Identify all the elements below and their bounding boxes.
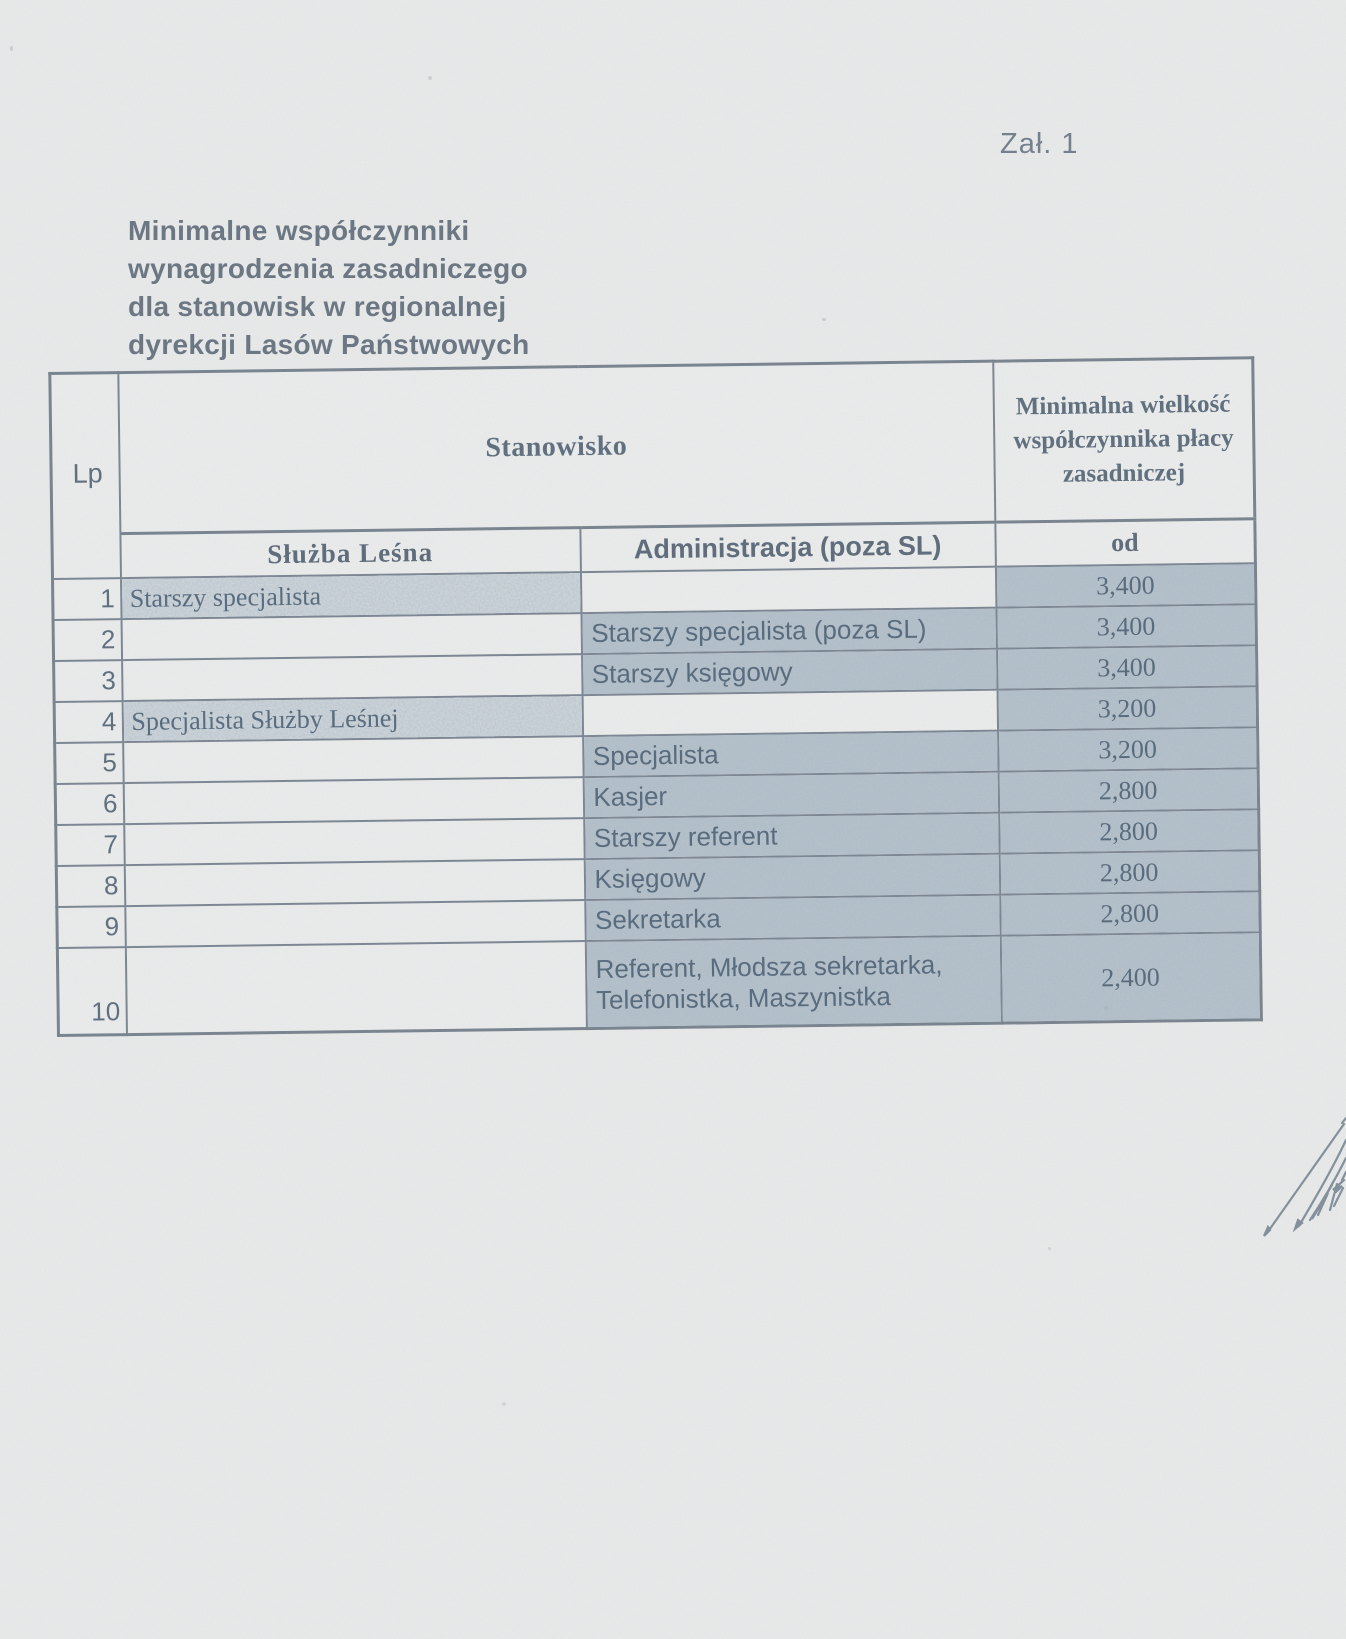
- cell-od: 3,200: [998, 727, 1259, 771]
- table-scan-tilt-wrapper: Lp Stanowisko Minimalna wielkość współcz…: [48, 356, 1263, 1037]
- cell-sluzba-lesna: [121, 613, 581, 660]
- title-line: wynagrodzenia zasadniczego: [128, 250, 530, 288]
- cell-od: 2,800: [999, 809, 1260, 853]
- cell-administracja: Specjalista: [583, 731, 999, 777]
- cell-lp: 1: [53, 578, 122, 620]
- cell-od: 3,400: [995, 563, 1256, 607]
- signature-scribble-icon: [1246, 1060, 1346, 1260]
- scan-speck: [502, 1402, 506, 1406]
- cell-od: 2,800: [1000, 891, 1261, 935]
- cell-sluzba-lesna: [124, 818, 584, 865]
- scan-speck: [1104, 1006, 1108, 1010]
- title-line: dla stanowisk w regionalnej: [128, 288, 530, 326]
- attachment-label: Zał. 1: [1000, 128, 1079, 161]
- scanned-page: { "page": { "attachment_label": "Zał. 1"…: [0, 0, 1346, 1639]
- cell-od: 3,400: [996, 645, 1257, 689]
- cell-administracja: Starszy księgowy: [582, 649, 998, 695]
- title-line: dyrekcji Lasów Państwowych: [128, 326, 530, 364]
- cell-sluzba-lesna: [123, 777, 583, 824]
- cell-lp: 7: [56, 824, 125, 866]
- cell-administracja: [580, 567, 996, 613]
- cell-sluzba-lesna: [125, 900, 585, 947]
- scan-speck: [10, 46, 13, 51]
- header-min-coefficient: Minimalna wielkość współczynnika płacy z…: [993, 358, 1255, 522]
- header-stanowisko: Stanowisko: [118, 361, 995, 533]
- cell-administracja: Starszy referent: [584, 813, 1000, 859]
- cell-od: 2,400: [1000, 932, 1261, 1023]
- cell-lp: 3: [54, 660, 123, 702]
- cell-lp: 9: [57, 906, 126, 948]
- cell-administracja: [582, 690, 998, 736]
- cell-administracja: Referent, Młodsza sekretarka, Telefonist…: [585, 936, 1001, 1029]
- cell-lp: 2: [53, 619, 122, 661]
- scan-speck: [1048, 1247, 1051, 1250]
- cell-od: 2,800: [999, 850, 1260, 894]
- scan-speck: [428, 76, 432, 80]
- cell-lp: 4: [54, 701, 123, 743]
- scan-speck: [822, 318, 826, 321]
- cell-lp: 8: [56, 865, 125, 907]
- cell-sluzba-lesna: [125, 941, 586, 1035]
- subheader-administracja: Administracja (poza SL): [580, 522, 996, 572]
- cell-od: 2,800: [998, 768, 1259, 812]
- table-row: 10 Referent, Młodsza sekretarka, Telefon…: [57, 932, 1261, 1035]
- cell-lp: 10: [57, 947, 126, 1035]
- subheader-sluzba-lesna: Służba Leśna: [120, 528, 581, 579]
- cell-administracja: Kasjer: [583, 772, 999, 818]
- cell-lp: 5: [55, 742, 124, 784]
- cell-administracja: Księgowy: [584, 854, 1000, 900]
- header-lp: Lp: [50, 373, 121, 579]
- cell-od: 3,200: [997, 686, 1258, 730]
- salary-coefficients-table: Lp Stanowisko Minimalna wielkość współcz…: [48, 356, 1263, 1037]
- table-header-row: Lp Stanowisko Minimalna wielkość współcz…: [50, 358, 1255, 535]
- cell-od: 3,400: [996, 604, 1257, 648]
- cell-sluzba-lesna: Specjalista Służby Leśnej: [122, 695, 582, 742]
- cell-sluzba-lesna: [123, 736, 583, 783]
- cell-sluzba-lesna: [122, 654, 582, 701]
- cell-administracja: Starszy specjalista (poza SL): [581, 608, 997, 654]
- cell-sluzba-lesna: Starszy specjalista: [120, 572, 580, 619]
- title-line: Minimalne współczynniki: [128, 212, 530, 250]
- cell-lp: 6: [55, 783, 124, 825]
- subheader-od: od: [995, 519, 1256, 567]
- document-title: Minimalne współczynniki wynagrodzenia za…: [128, 212, 530, 364]
- cell-sluzba-lesna: [124, 859, 584, 906]
- cell-administracja: Sekretarka: [585, 895, 1001, 941]
